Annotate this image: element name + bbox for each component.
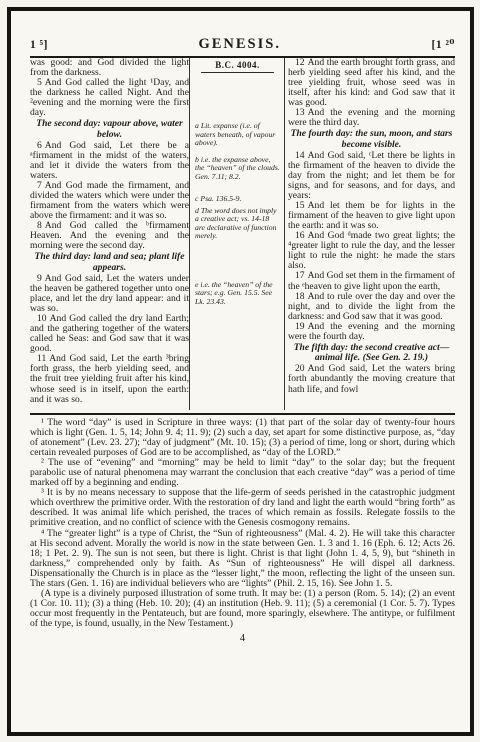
note-text: i.e. the “heaven” of the stars; e.g. Gen… — [195, 280, 273, 306]
verse-20: 20And God said, Let the waters bring for… — [288, 364, 455, 394]
verse-text: And the earth brought forth grass, and h… — [288, 58, 455, 108]
verse-5: 5And God called the light ¹Day, and the … — [30, 78, 189, 118]
verse-text: And God called the light ¹Day, and the d… — [30, 77, 189, 118]
section-heading-second-day: The second day: vapour above, water belo… — [30, 119, 189, 140]
verse-text: And God said, Let there be a ᵃfirmament … — [30, 140, 189, 181]
header-left-reference: 1 ⁵] — [30, 39, 48, 51]
page-border-frame: 1 ⁵] GENESIS. [1 ²⁰ was good: and God di… — [7, 7, 474, 736]
verse-9: 9And God said, Let the waters under the … — [30, 274, 189, 314]
bc-date: B.C. 4004. — [195, 60, 280, 70]
text-columns: was good: and God divided the light from… — [30, 58, 455, 410]
verse-text: And God said, Let the earth ³bring forth… — [30, 353, 189, 404]
scanned-page: 1 ⁵] GENESIS. [1 ²⁰ was good: and God di… — [0, 0, 480, 742]
verse-text: And to rule over the day and over the ni… — [288, 291, 455, 322]
right-text-column: 12And the earth brought forth grass, and… — [285, 58, 455, 410]
section-heading-fourth-day: The fourth day: the sun, moon, and stars… — [288, 129, 455, 150]
verse-19: 19And the evening and the morning were t… — [288, 322, 455, 342]
verse-14: 14And God said, ᶜLet there be lights in … — [288, 151, 455, 201]
section-heading-fifth-day: The fifth day: the second creative act—a… — [288, 343, 455, 364]
note-text: The word does not imply a creative act; … — [195, 206, 277, 241]
left-text-column: was good: and God divided the light from… — [30, 58, 189, 410]
verse-18: 18And to rule over the day and over the … — [288, 292, 455, 322]
note-text: i.e. the expanse above, the “heaven” of … — [195, 155, 280, 181]
footnote-4: ⁴ The “greater light” is a type of Chris… — [30, 529, 455, 590]
verse-text: And God called the dry land Earth; and t… — [30, 313, 189, 354]
verse-6: 6And God said, Let there be a ᵃfirmament… — [30, 141, 189, 181]
verse-12: 12And the earth brought forth grass, and… — [288, 58, 455, 108]
page-content: 1 ⁵] GENESIS. [1 ²⁰ was good: and God di… — [11, 11, 470, 732]
verse-8: 8And God called the ᵇfirmament Heaven. A… — [30, 221, 189, 251]
margin-note-d: dThe word does not imply a creative act;… — [195, 207, 280, 241]
verse-text: And the evening and the morning were the… — [288, 321, 455, 342]
note-text: Psa. 136.5-9. — [200, 194, 241, 203]
verse-7: 7And God made the firmament, and divided… — [30, 181, 189, 221]
margin-note-b: bi.e. the expanse above, the “heaven” of… — [195, 156, 280, 182]
verse-16: 16And God ᵈmade two great lights; the ⁴g… — [288, 231, 455, 271]
verse-text: And the evening and the morning were the… — [288, 107, 455, 128]
verse-11: 11And God said, Let the earth ³bring for… — [30, 354, 189, 404]
margin-note-e: ei.e. the “heaven” of the stars; e.g. Ge… — [195, 281, 280, 307]
page-number: 4 — [30, 633, 455, 644]
verse-text: And God ᵈmade two great lights; the ⁴gre… — [288, 230, 455, 271]
verse-10: 10And God called the dry land Earth; and… — [30, 314, 189, 354]
footnote-1: ¹ The word “day” is used in Scripture in… — [30, 418, 455, 458]
section-heading-third-day: The third day: land and sea; plant life … — [30, 252, 189, 273]
verse-text: And God said, Let the waters bring forth… — [288, 363, 455, 394]
note-text: Lit. expanse (i.e. of waters beneath, of… — [195, 121, 275, 147]
continued-verse-4: was good: and God divided the light from… — [30, 58, 189, 78]
verse-text: And God said, ᶜLet there be lights in th… — [288, 150, 455, 201]
verse-15: 15And let them be for lights in the firm… — [288, 201, 455, 231]
verse-13: 13And the evening and the morning were t… — [288, 108, 455, 128]
header-right-reference: [1 ²⁰ — [432, 37, 455, 51]
footnote-2: ² The use of “evening” and “morning” may… — [30, 458, 455, 488]
verse-text: And God called the ᵇfirmament Heaven. An… — [30, 220, 189, 251]
verse-text: And God made the firmament, and divided … — [30, 180, 189, 221]
verse-text: And let them be for lights in the firmam… — [288, 200, 455, 231]
book-title: GENESIS. — [198, 36, 281, 53]
bc-date-rule — [201, 72, 274, 73]
margin-note-c: cPsa. 136.5-9. — [195, 195, 280, 204]
verse-text: And God set them in the firmament of the… — [288, 270, 455, 291]
footnote-separator-rule — [30, 413, 455, 415]
footnotes-section: ¹ The word “day” is used in Scripture in… — [30, 418, 455, 630]
footnote-3: ³ It is by no means necessary to suppose… — [30, 488, 455, 528]
center-reference-column: B.C. 4004. aLit. expanse (i.e. of waters… — [189, 58, 285, 410]
margin-note-a: aLit. expanse (i.e. of waters beneath, o… — [195, 122, 280, 148]
running-header: 1 ⁵] GENESIS. [1 ²⁰ — [30, 36, 455, 53]
verse-text: And God said, Let the waters under the h… — [30, 273, 189, 314]
footnote-type-definition: (A type is a divinely purposed illustrat… — [30, 589, 455, 629]
verse-17: 17And God set them in the firmament of t… — [288, 271, 455, 291]
